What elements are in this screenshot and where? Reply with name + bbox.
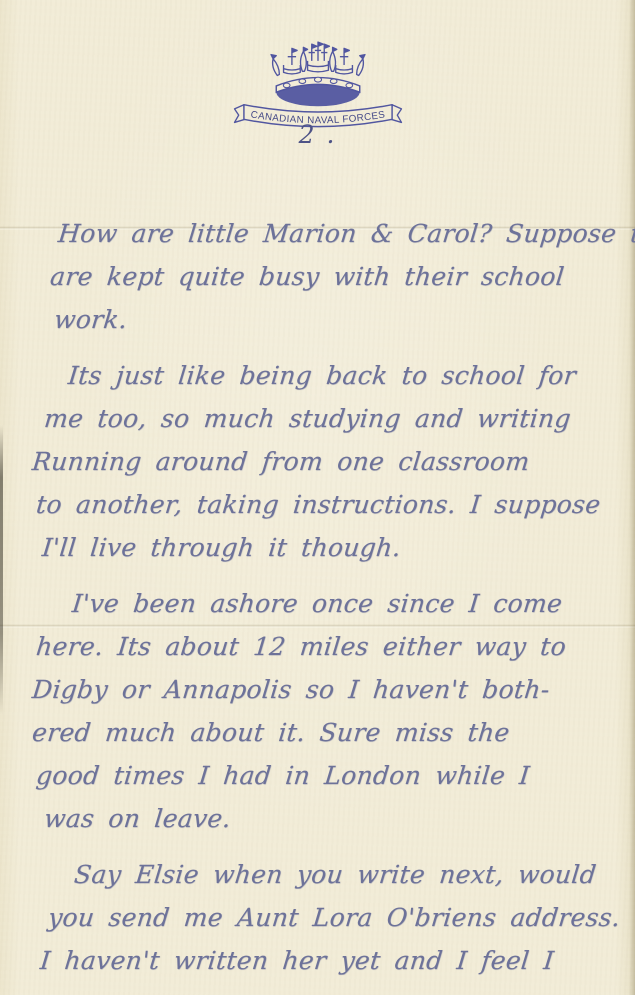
- handwritten-line: you send me Aunt Lora O'briens address.: [46, 896, 632, 939]
- handwritten-line: me too, so much studying and writing: [42, 397, 632, 440]
- handwritten-line: ered much about it. Sure miss the: [30, 711, 632, 754]
- handwritten-line: to another, taking instructions. I suppo…: [34, 483, 632, 526]
- crown-ships: [271, 42, 365, 75]
- handwritten-line: I've been ashore once since I come: [70, 582, 632, 625]
- handwritten-line: Digby or Annapolis so I haven't both-: [30, 668, 632, 711]
- handwritten-line: work.: [52, 298, 632, 341]
- handwritten-line: Its just like being back to school for: [66, 354, 632, 397]
- handwritten-line: Running around from one classroom: [30, 440, 632, 483]
- handwritten-line: good times I had in London while I: [34, 754, 632, 797]
- handwritten-line: Say Elsie when you write next, would: [72, 853, 632, 896]
- handwritten-line: I haven't written her yet and I feel I: [38, 939, 632, 982]
- handwritten-line: here. Its about 12 miles either way to: [34, 625, 632, 668]
- handwritten-line: How are little Marion & Carol? Suppose t…: [56, 212, 632, 255]
- letter-body: How are little Marion & Carol? Suppose t…: [26, 212, 627, 982]
- scan-edge-shadow: [0, 425, 3, 715]
- page-number: 2 .: [0, 120, 635, 149]
- letter-page: CANADIAN NAVAL FORCES 2 . How are little…: [0, 0, 635, 995]
- handwritten-line: are kept quite busy with their school: [48, 255, 632, 298]
- handwritten-line: was on leave.: [42, 797, 632, 840]
- handwritten-line: I'll live through it though.: [40, 526, 632, 569]
